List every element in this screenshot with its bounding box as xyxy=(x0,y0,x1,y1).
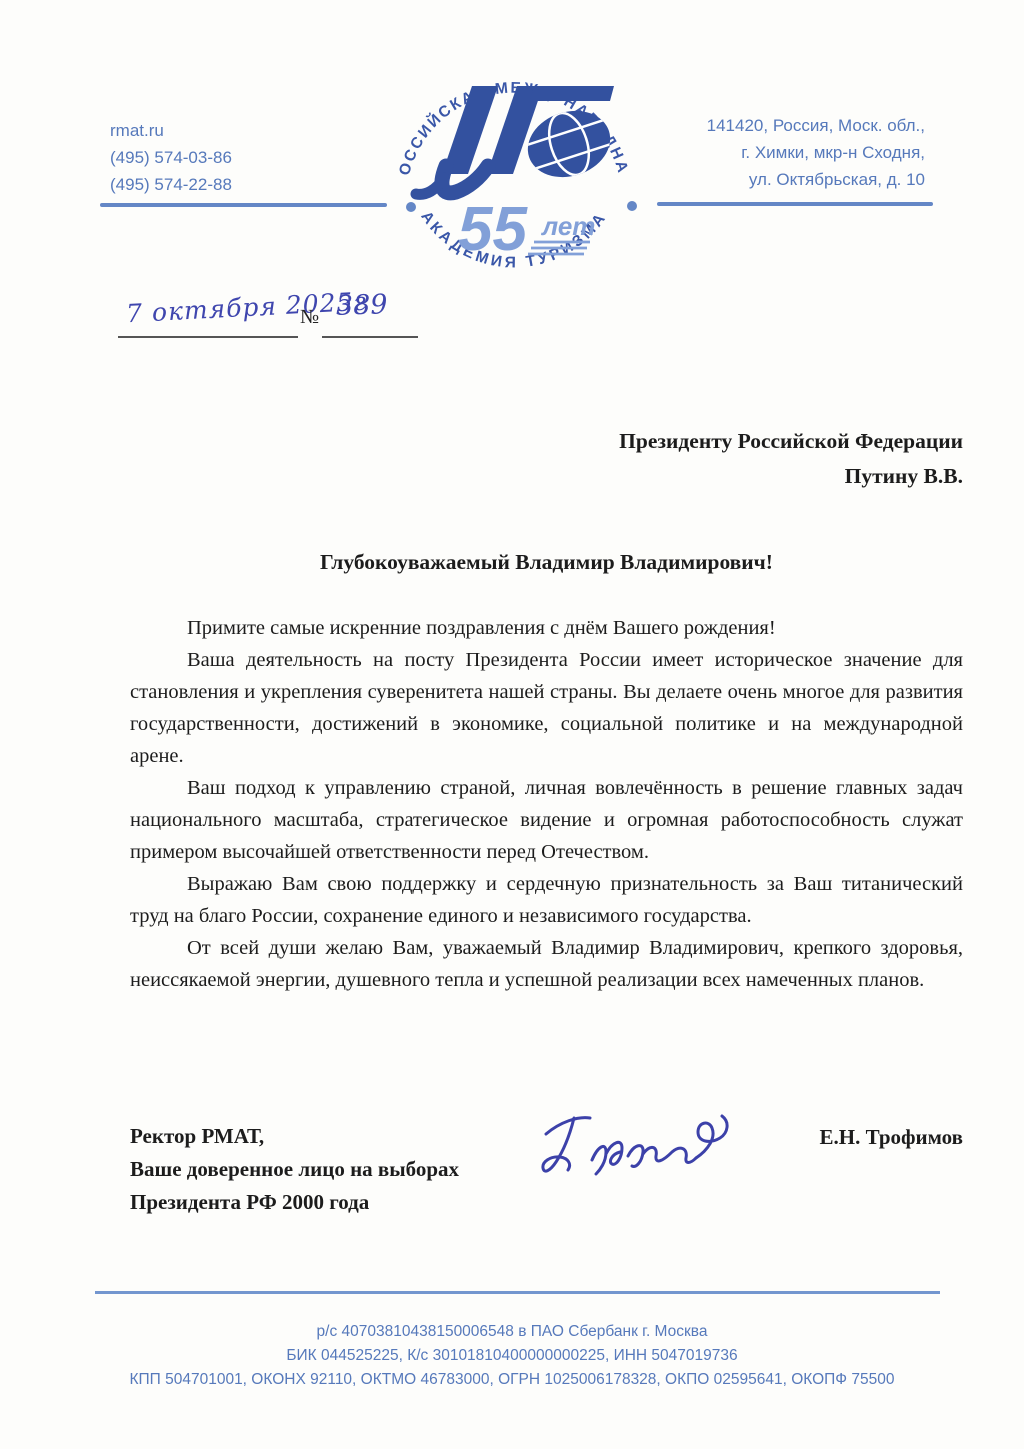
signer-title-line: Ваше доверенное лицо на выборах xyxy=(130,1153,459,1186)
address-line: ул. Октябрьская, д. 10 xyxy=(707,166,925,193)
phone-line: (495) 574-22-88 xyxy=(110,171,232,198)
recipient-line: Президенту Российской Федерации xyxy=(400,424,963,459)
bank-requisites: р/с 40703810438150006548 в ПАО Сбербанк … xyxy=(0,1320,1024,1392)
address-line: 141420, Россия, Моск. обл., xyxy=(707,112,925,139)
signer-title-block: Ректор РМАТ, Ваше доверенное лицо на выб… xyxy=(130,1120,459,1219)
recipient-line: Путину В.В. xyxy=(400,459,963,494)
requisites-line: р/с 40703810438150006548 в ПАО Сбербанк … xyxy=(0,1320,1024,1344)
handwritten-number: 389 xyxy=(335,289,388,322)
recipient-block: Президенту Российской Федерации Путину В… xyxy=(400,424,963,494)
date-underline xyxy=(118,336,298,338)
body-paragraph: От всей души желаю Вам, уважаемый Владим… xyxy=(130,932,963,996)
divider-rule-right xyxy=(657,202,933,206)
number-label: № xyxy=(300,306,319,329)
letter-body: Примите самые искренние поздравления с д… xyxy=(130,612,963,996)
requisites-line: БИК 044525225, К/с 30101810400000000225,… xyxy=(0,1344,1024,1368)
body-paragraph: Выражаю Вам свою поддержку и сердечную п… xyxy=(130,868,963,932)
body-paragraph: Примите самые искренние поздравления с д… xyxy=(130,612,963,644)
phone-line: (495) 574-03-86 xyxy=(110,144,232,171)
body-paragraph: Ваша деятельность на посту Президента Ро… xyxy=(130,644,963,772)
handwritten-date: 7 октября 2025г xyxy=(125,287,367,329)
address-block: 141420, Россия, Моск. обл., г. Химки, мк… xyxy=(707,112,925,193)
signer-title-line: Ректор РМАТ, xyxy=(130,1120,459,1153)
number-underline xyxy=(322,336,418,338)
globe-icon xyxy=(519,101,619,188)
contact-block: rmat.ru (495) 574-03-86 (495) 574-22-88 xyxy=(110,117,232,198)
letter-page: rmat.ru (495) 574-03-86 (495) 574-22-88 … xyxy=(0,0,1024,1449)
requisites-line: КПП 504701001, ОКОНХ 92110, ОКТМО 467830… xyxy=(0,1368,1024,1392)
anniversary-unit: лет xyxy=(540,211,595,241)
salutation: Глубокоуважаемый Владимир Владимирович! xyxy=(130,550,963,575)
body-paragraph: Ваш подход к управлению страной, личная … xyxy=(130,772,963,868)
rmat-logo: РОССИЙСКАЯ МЕЖДУНАРОДНАЯ АКАДЕМИЯ ТУРИЗМ… xyxy=(383,28,645,293)
signer-name: Е.Н. Трофимов xyxy=(700,1125,963,1150)
anniversary-number: 55 xyxy=(458,195,528,264)
divider-rule-left xyxy=(100,203,387,207)
footer-divider-rule xyxy=(95,1291,940,1294)
signer-title-line: Президента РФ 2000 года xyxy=(130,1186,459,1219)
website: rmat.ru xyxy=(110,117,232,144)
address-line: г. Химки, мкр-н Сходня, xyxy=(707,139,925,166)
